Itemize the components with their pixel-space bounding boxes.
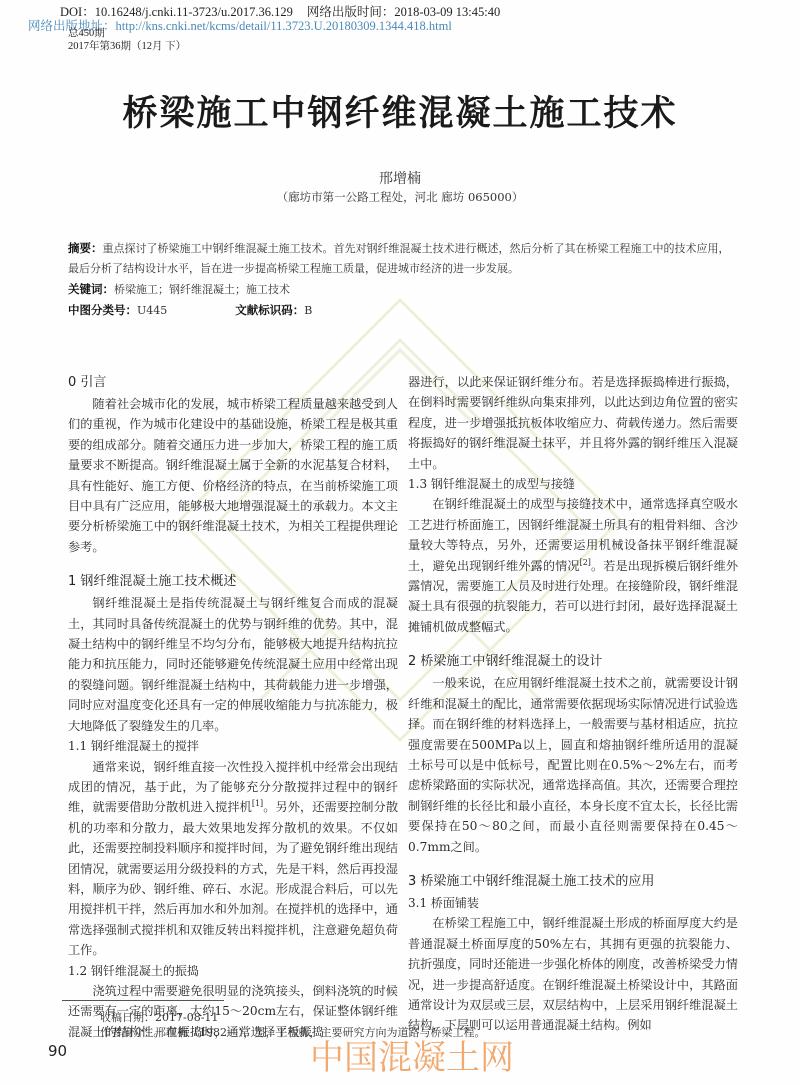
site-watermark: 中国混凝土网 bbox=[310, 1030, 514, 1079]
section-0-paragraph: 随着社会城市化的发展，城市桥梁工程质量越来越受到人们的重视，作为城市化建设中的基… bbox=[68, 394, 398, 557]
citation-1[interactable]: [1] bbox=[252, 799, 263, 808]
keywords-label: 关键词： bbox=[68, 282, 114, 296]
author-name: 邢增楠 bbox=[0, 168, 800, 188]
keywords-text: 桥梁施工；钢纤维混凝土；施工技术 bbox=[114, 283, 290, 296]
abstract-text: 重点探讨了桥梁施工中钢纤维混凝土施工技术。首先对钢纤维混凝土技术进行概述，然后分… bbox=[68, 242, 730, 275]
section-1-1-paragraph: 通常来说，钢纤维直接一次性投入搅拌机中经常会出现结成团的情况，基于此，为了能够充… bbox=[68, 757, 398, 961]
section-1-1-text-b: 。另外，还需要控制分散机的功率和分散力，最大效果地发挥分散机的效果。不仅如此，还… bbox=[68, 800, 398, 957]
section-1-3-paragraph: 在钢纤维混凝土的成型与接缝技术中，通常选择真空吸水工艺进行桥面施工，因钢纤维混凝… bbox=[408, 494, 738, 637]
classification-row: 中图分类号：U445文献标识码：B bbox=[68, 300, 740, 321]
doc-code-value: B bbox=[304, 304, 312, 317]
section-1-3-heading: 1.3 钢钎维混凝土的成型与接缝 bbox=[408, 474, 738, 494]
abstract: 摘要：重点探讨了桥梁施工中钢纤维混凝土施工技术。首先对钢纤维混凝土技术进行概述，… bbox=[68, 238, 740, 279]
issue-info: 总450期 2017年第36期（12月 下） bbox=[68, 27, 186, 53]
received-value: 2017-08-11 bbox=[155, 1011, 218, 1024]
section-2-heading: 2 桥梁施工中钢纤维混凝土的设计 bbox=[408, 651, 738, 673]
clc-label: 中图分类号： bbox=[68, 303, 137, 317]
keywords: 关键词：桥梁施工；钢纤维混凝土；施工技术 bbox=[68, 279, 740, 300]
issue-number: 2017年第36期（12月 下） bbox=[68, 40, 186, 53]
section-1-2-heading: 1.2 钢钎维混凝土的振捣 bbox=[68, 961, 398, 981]
received-date: 收稿日期：2017-08-11 bbox=[100, 1010, 486, 1025]
section-3-1-heading: 3.1 桥面铺装 bbox=[408, 893, 738, 913]
doc-code-label: 文献标识码： bbox=[235, 303, 304, 317]
abstract-block: 摘要：重点探讨了桥梁施工中钢纤维混凝土施工技术。首先对钢纤维混凝土技术进行概述，… bbox=[68, 238, 740, 321]
section-2-paragraph: 一般来说，在应用钢纤维混凝土技术之前，就需要设计钢纤维和混凝土的配比，通常需要依… bbox=[408, 673, 738, 857]
section-1-paragraph: 钢纤维混凝土是指传统混凝土与钢纤维复合而成的混凝土，其同时具备传统混凝土的优势与… bbox=[68, 593, 398, 736]
bio-label: 作者简介： bbox=[100, 1026, 155, 1039]
section-0-heading: 0 引言 bbox=[68, 372, 398, 394]
section-1-2-paragraph-cont: 器进行，以此来保证钢纤维分布。若是选择振捣棒进行振捣，在倒料时需要钢纤维纵向集束… bbox=[408, 372, 738, 474]
abstract-label: 摘要： bbox=[68, 241, 103, 255]
author-affiliation: （廊坊市第一公路工程处，河北 廊坊 065000） bbox=[0, 189, 800, 205]
footnote-divider bbox=[62, 1000, 224, 1001]
section-1-heading: 1 钢纤维混凝土施工技术概述 bbox=[68, 571, 398, 593]
right-column: 器进行，以此来保证钢纤维分布。若是选择振捣棒进行振捣，在倒料时需要钢纤维纵向集束… bbox=[408, 372, 738, 1036]
section-1-1-heading: 1.1 钢纤维混凝土的搅拌 bbox=[68, 736, 398, 756]
left-column: 0 引言 随着社会城市化的发展，城市桥梁工程质量越来越受到人们的重视，作为城市化… bbox=[68, 372, 398, 1042]
clc-value: U445 bbox=[137, 304, 167, 317]
article-title: 桥梁施工中钢纤维混凝土施工技术 bbox=[0, 86, 800, 136]
citation-2[interactable]: [2] bbox=[580, 558, 591, 567]
received-label: 收稿日期： bbox=[100, 1011, 155, 1024]
page-number: 90 bbox=[48, 1042, 67, 1060]
section-3-heading: 3 桥梁施工中钢纤维混凝土施工技术的应用 bbox=[408, 871, 738, 893]
issue-total: 总450期 bbox=[68, 27, 186, 40]
